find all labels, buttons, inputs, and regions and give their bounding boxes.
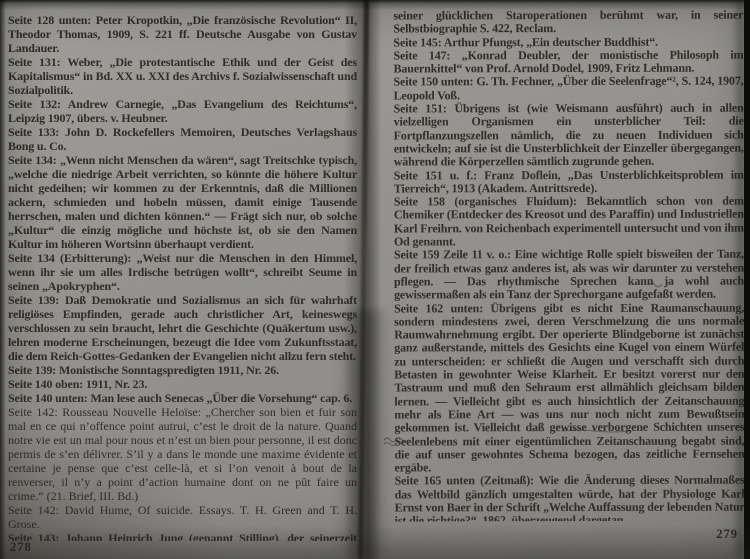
scan-edge-top xyxy=(0,0,750,10)
note-entry: Seite 131: Weber, „Die protestantische E… xyxy=(8,55,357,97)
note-entry: Seite 162 unten: Übrigens gibt es nicht … xyxy=(394,301,744,475)
right-page-text: seiner glücklichen Staroperationen berüh… xyxy=(393,9,744,522)
note-entry: Seite 139: Daß Demokratie und Sozialismu… xyxy=(8,293,357,363)
note-entry: Seite 158 (organisches Fluidum): Bekannt… xyxy=(394,195,744,249)
note-entry: Seite 132: Andrew Carnegie, „Das Evangel… xyxy=(8,97,357,125)
note-entry: Seite 165 unten (Zeitmaß): Wie die Änder… xyxy=(395,474,745,522)
note-entry: Seite 128 unten: Peter Kropotkin, „Die f… xyxy=(8,13,357,55)
note-entry: Seite 140 unten: Man lese auch Senecas „… xyxy=(8,391,357,405)
note-entry: Seite 134 (Erbitterung): „Weist nur die … xyxy=(8,251,357,293)
note-entry: Seite 151 u. f.: Franz Doflein, „Das Uns… xyxy=(394,168,744,196)
note-entry: Seite 140 oben: 1911, Nr. 23. xyxy=(8,377,357,391)
note-entry: Seite 133: John D. Rockefellers Memoiren… xyxy=(8,125,357,153)
note-entry: Seite 147: „Konrad Deubler, der monistis… xyxy=(393,48,743,76)
note-entry: Seite 134: „Wenn nicht Menschen da wären… xyxy=(8,153,357,251)
note-entry: Seite 150 unten: G. Th. Fechner, „Über d… xyxy=(394,75,744,103)
scan-edge-right xyxy=(744,0,750,559)
scan-corner-shade xyxy=(0,409,230,559)
scanned-book-spread: Seite 128 unten: Peter Kropotkin, „Die f… xyxy=(0,0,750,559)
note-entry: Seite 159 Zeile 11 v. o.: Eine wichtige … xyxy=(394,248,744,302)
note-entry: seiner glücklichen Staroperationen berüh… xyxy=(393,9,743,37)
gutter-shadow-bottom xyxy=(336,310,400,559)
note-entry: Seite 151: Übrigens ist (wie Weismann au… xyxy=(394,102,744,169)
note-entry: Seite 139: Monistische Sonntagspredigten… xyxy=(8,363,357,377)
